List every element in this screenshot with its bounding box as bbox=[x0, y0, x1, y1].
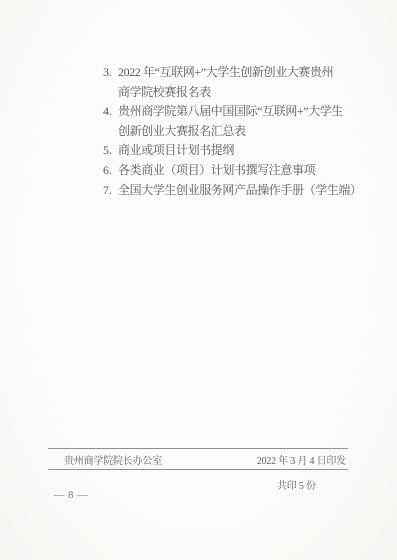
item-text: 各类商业（项目）计划书撰写注意事项 bbox=[118, 163, 315, 177]
item-text: 贵州商学院第八届中国国际“互联网+”大学生 bbox=[118, 104, 343, 118]
copies-count: 共印 5 份 bbox=[277, 477, 316, 492]
issuer-office: 贵州商学院院长办公室 bbox=[64, 452, 162, 467]
colophon: 贵州商学院院长办公室 2022 年 3 月 4 日印发 bbox=[48, 448, 348, 470]
print-date: 2022 年 3 月 4 日印发 bbox=[257, 452, 346, 467]
list-item: 6.各类商业（项目）计划书撰写注意事项 bbox=[103, 161, 365, 181]
item-line: 商学院校赛报名表 bbox=[103, 83, 365, 103]
item-number: 4. bbox=[103, 102, 118, 122]
item-number: 6. bbox=[103, 161, 118, 181]
item-text: 全国大学生创业服务网产品操作手册（学生端） bbox=[118, 183, 362, 197]
item-line: 5.商业或项目计划书提纲 bbox=[103, 141, 365, 161]
list-item: 4.贵州商学院第八届中国国际“互联网+”大学生 创新创业大赛报名汇总表 bbox=[103, 102, 365, 141]
item-text: 商业或项目计划书提纲 bbox=[118, 143, 234, 157]
list-item: 3.2022 年“互联网+”大学生创新创业大赛贵州 商学院校赛报名表 bbox=[103, 63, 365, 102]
item-line: 6.各类商业（项目）计划书撰写注意事项 bbox=[103, 161, 365, 181]
item-number: 5. bbox=[103, 141, 118, 161]
item-line: 3.2022 年“互联网+”大学生创新创业大赛贵州 bbox=[103, 63, 365, 83]
item-line: 7.全国大学生创业服务网产品操作手册（学生端） bbox=[103, 181, 365, 201]
item-line: 创新创业大赛报名汇总表 bbox=[103, 122, 365, 142]
page-number: — 8 — bbox=[54, 490, 88, 501]
attachment-list: 3.2022 年“互联网+”大学生创新创业大赛贵州 商学院校赛报名表 4.贵州商… bbox=[103, 63, 365, 200]
list-item: 5.商业或项目计划书提纲 bbox=[103, 141, 365, 161]
item-number: 3. bbox=[103, 63, 118, 83]
item-number: 7. bbox=[103, 181, 118, 201]
item-text: 2022 年“互联网+”大学生创新创业大赛贵州 bbox=[118, 65, 333, 79]
item-line: 4.贵州商学院第八届中国国际“互联网+”大学生 bbox=[103, 102, 365, 122]
document-page: 3.2022 年“互联网+”大学生创新创业大赛贵州 商学院校赛报名表 4.贵州商… bbox=[0, 0, 397, 560]
list-item: 7.全国大学生创业服务网产品操作手册（学生端） bbox=[103, 181, 365, 201]
